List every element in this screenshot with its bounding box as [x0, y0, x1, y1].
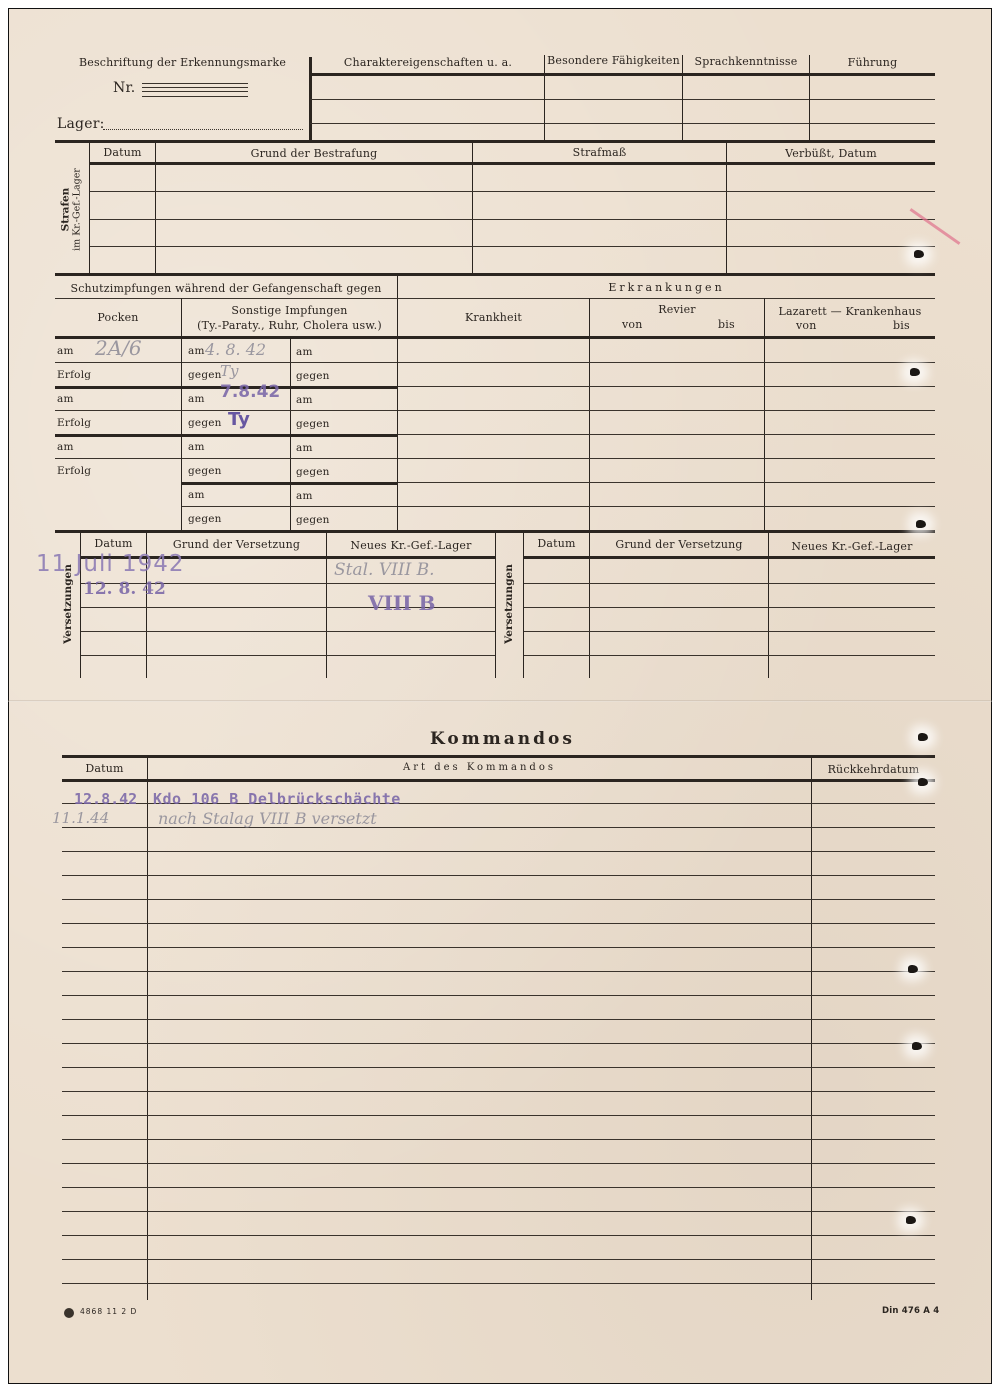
- sonstige2-gegen-3: gegen: [296, 466, 330, 478]
- erkrankungen-heading: Erkrankungen: [398, 281, 935, 294]
- kdo-entry-1-datum: 12.8.42: [74, 790, 137, 808]
- tear-mark: [914, 250, 924, 258]
- nr-field[interactable]: [142, 83, 248, 97]
- kdo-entry-1-art: Kdo 106 B Delbrückschächte: [153, 790, 401, 808]
- impfung-2-gegen-stamp: Ty: [228, 409, 250, 430]
- pocken-am-2: am: [57, 393, 74, 405]
- sonstige-am-2: am: [188, 393, 205, 405]
- tear-mark: [908, 965, 918, 973]
- pocken-erfolg-2: Erfolg: [57, 417, 91, 429]
- revier-von: von: [622, 318, 643, 331]
- col-sprachkenntnisse: Sprachkenntnisse: [683, 55, 809, 68]
- vers-col-lager-left: Neues Kr.-Gef.-Lager: [327, 539, 495, 552]
- pocken-am-1: am: [57, 345, 74, 357]
- erk-col-krankheit: Krankheit: [398, 311, 589, 324]
- sonstige-am-1: am: [188, 345, 205, 357]
- kdo-entry-2-art: nach Stalag VIII B versetzt: [158, 809, 377, 828]
- pocken-am-3: am: [57, 441, 74, 453]
- tear-mark: [910, 368, 920, 376]
- sonstige2-gegen-4: gegen: [296, 514, 330, 526]
- kdo-col-rueckkehr: Rückkehrdatum: [812, 763, 935, 776]
- sonstige-sublabel: (Ty.-Paraty., Ruhr, Cholera usw.): [182, 319, 397, 332]
- strafen-col-verbuesst: Verbüßt, Datum: [727, 147, 935, 160]
- strafen-col-grund: Grund der Bestrafung: [156, 147, 472, 160]
- impfungen-heading: Schutzimpfungen während der Gefangenscha…: [55, 282, 397, 295]
- sonstige2-am-4: am: [296, 490, 313, 502]
- tear-mark: [918, 733, 928, 741]
- versetzung-stamp-date-1: 11 Juli 1942: [36, 551, 185, 577]
- sonstige2-am-3: am: [296, 442, 313, 454]
- impfung-1-gegen: Ty: [220, 362, 238, 380]
- sonstige2-am-2: am: [296, 394, 313, 406]
- id-tag-heading: Beschriftung der Erkennungsmarke: [60, 56, 305, 69]
- impfung-2-date-stamp: 7.8.42: [220, 382, 280, 402]
- kdo-entry-2-datum: 11.1.44: [52, 809, 109, 827]
- versetzung-stamp-lager: VIII B: [368, 591, 435, 615]
- versetzung-stamp-date-2: 12. 8. 42: [83, 579, 166, 599]
- revier-bis: bis: [718, 318, 735, 331]
- sonstige-am-4: am: [188, 489, 205, 501]
- kdo-col-art: Art des Kommandos: [148, 762, 811, 773]
- sonstige2-am-1: am: [296, 346, 313, 358]
- pocken-erfolg-1: Erfolg: [57, 369, 91, 381]
- lazarett-von: von: [796, 319, 817, 332]
- kdo-col-datum: Datum: [62, 762, 147, 775]
- sonstige-gegen-1: gegen: [188, 369, 222, 381]
- vers-col-grund-right: Grund der Versetzung: [590, 538, 768, 551]
- vers-col-datum-left: Datum: [81, 537, 146, 550]
- col-charakter: Charaktereigenschaften u. a.: [312, 56, 544, 69]
- pocken-label: Pocken: [55, 311, 181, 324]
- tear-mark: [906, 1216, 916, 1224]
- tear-mark: [916, 520, 926, 528]
- lager-label: Lager:: [57, 116, 105, 132]
- footer-left: 4868 11 2 D: [80, 1307, 137, 1316]
- strafen-side-label: Strafen im Kr.-Gef.-Lager: [60, 160, 83, 260]
- strafen-col-datum: Datum: [90, 146, 155, 159]
- vers-col-lager-right: Neues Kr.-Gef.-Lager: [769, 540, 935, 553]
- vers-col-grund-left: Grund der Versetzung: [147, 538, 326, 551]
- sonstige2-gegen-2: gegen: [296, 418, 330, 430]
- vers-col-datum-right: Datum: [524, 537, 589, 550]
- versetzungen-side-label-right: Versetzungen: [503, 554, 515, 654]
- sonstige-gegen-2: gegen: [188, 417, 222, 429]
- impfung-1-date: 4. 8. 42: [205, 340, 266, 359]
- sonstige2-gegen-1: gegen: [296, 370, 330, 382]
- printer-mark-icon: [64, 1308, 74, 1318]
- erk-col-lazarett: Lazarett — Krankenhaus: [765, 305, 935, 318]
- lazarett-bis: bis: [893, 319, 910, 332]
- fold-line: [8, 700, 992, 702]
- footer-right: Din 476 A 4: [882, 1306, 939, 1316]
- col-fuehrung: Führung: [810, 56, 935, 69]
- sonstige-gegen-4: gegen: [188, 513, 222, 525]
- kommandos-title: Kommandos: [430, 729, 575, 749]
- pocken-erfolg-3: Erfolg: [57, 465, 91, 477]
- lager-field[interactable]: [103, 129, 303, 130]
- pocken-handwritten: 2A/6: [95, 336, 142, 360]
- nr-label: Nr.: [113, 80, 135, 96]
- tear-mark: [918, 778, 928, 786]
- sonstige-am-3: am: [188, 441, 205, 453]
- versetzung-pencil-lager: Stal. VIII B.: [334, 560, 435, 580]
- sonstige-gegen-3: gegen: [188, 465, 222, 477]
- erk-col-revier: Revier: [590, 303, 764, 316]
- strafen-col-strafmass: Strafmaß: [473, 146, 726, 159]
- col-faehigkeiten: Besondere Fähigkeiten: [545, 54, 682, 67]
- tear-mark: [912, 1042, 922, 1050]
- sonstige-label: Sonstige Impfungen: [182, 304, 397, 317]
